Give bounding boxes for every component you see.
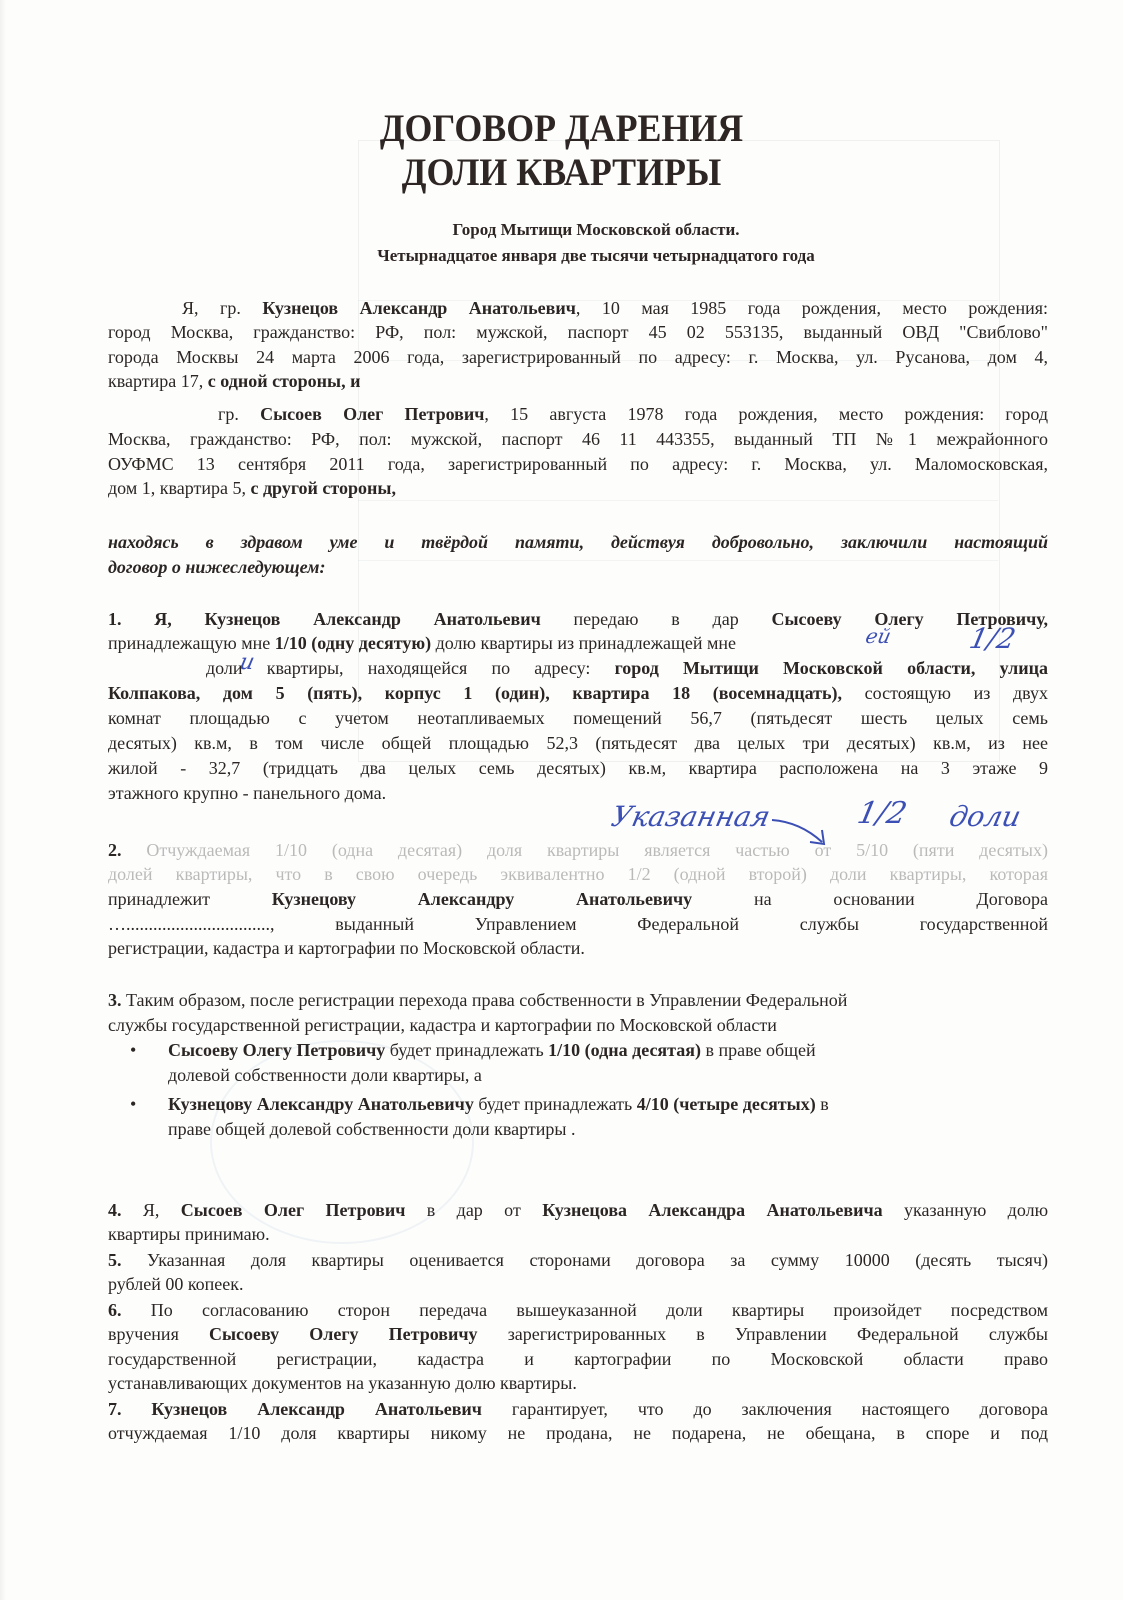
handwritten-note-tail: доли bbox=[946, 800, 1023, 833]
item3-bullet1-cont: долевой собственности доли квартиры, а bbox=[168, 1063, 998, 1087]
party1-line1: Я, гр. Кузнецов Александр Анатольевич, 1… bbox=[182, 296, 1048, 320]
scan-edge-shadow bbox=[0, 0, 6, 1600]
item1-line7: жилой - 32,7 (тридцать два целых семь де… bbox=[108, 756, 1048, 780]
item4-line1: 4. Я, Сысоев Олег Петрович в дар от Кузн… bbox=[108, 1198, 1048, 1222]
party2-line1: гр. Сысоев Олег Петрович, 15 августа 197… bbox=[218, 402, 1048, 426]
party2-line2: Москва, гражданство: РФ, пол: мужской, п… bbox=[108, 427, 1048, 451]
bullet-icon: • bbox=[130, 1038, 136, 1062]
document-date: Четырнадцатое января две тысячи четырнад… bbox=[0, 246, 1123, 266]
item1-line1: 1. Я, Кузнецов Александр Анатольевич пер… bbox=[108, 607, 1048, 631]
item5-line2: рублей 00 копеек. bbox=[108, 1272, 1048, 1296]
item3-line1: 3. Таким образом, после регистрации пере… bbox=[108, 988, 1028, 1012]
party1-line4: квартира 17, с одной стороны, и bbox=[108, 369, 1048, 393]
document-page: ДОГОВОР ДАРЕНИЯ ДОЛИ КВАРТИРЫ Город Мыти… bbox=[0, 0, 1123, 1600]
preamble-line1: находясь в здравом уме и твёрдой памяти,… bbox=[108, 530, 1048, 554]
item2-line2: долей квартиры, что в свою очередь эквив… bbox=[108, 862, 1048, 886]
bleed-through-line bbox=[358, 500, 998, 501]
bullet-icon: • bbox=[130, 1092, 136, 1116]
handwritten-note-word: Указанная bbox=[608, 800, 773, 833]
item4-line2: квартиры принимаю. bbox=[108, 1222, 1048, 1246]
document-place: Город Мытищи Московской области. bbox=[0, 220, 1123, 240]
item2-line1: 2. Отчуждаемая 1/10 (одна десятая) доля … bbox=[108, 838, 1048, 862]
item1-line3: доли квартиры, находящейся по адресу: го… bbox=[206, 656, 1048, 680]
item7-line1: 7. Кузнецов Александр Анатольевич гарант… bbox=[108, 1397, 1048, 1421]
item2-line5: регистрации, кадастра и картографии по М… bbox=[108, 936, 1048, 960]
handwritten-fraction: 1/2 bbox=[966, 622, 1018, 655]
item6-line3: государственной регистрации, кадастра и … bbox=[108, 1347, 1048, 1371]
party1-line2: город Москва, гражданство: РФ, пол: мужс… bbox=[108, 320, 1048, 344]
item3-bullet2-cont: праве общей долевой собственности доли к… bbox=[168, 1117, 998, 1141]
item2-line3: принадлежит Кузнецову Александру Анатоль… bbox=[108, 887, 1048, 911]
item6-line1: 6. По согласованию сторон передача вышеу… bbox=[108, 1298, 1048, 1322]
item3-bullet1: Сысоеву Олегу Петровичу будет принадлежа… bbox=[168, 1038, 998, 1062]
document-title-line1: ДОГОВОР ДАРЕНИЯ bbox=[45, 106, 1078, 151]
item7-line2: отчуждаемая 1/10 доля квартиры никому не… bbox=[108, 1421, 1048, 1445]
party2-line4: дом 1, квартира 5, с другой стороны, bbox=[108, 476, 1048, 500]
document-title-line2: ДОЛИ КВАРТИРЫ bbox=[45, 150, 1078, 195]
party1-line3: города Москвы 24 марта 2006 года, зареги… bbox=[108, 345, 1048, 369]
item2-line4: …................................, выдан… bbox=[108, 912, 1048, 936]
item6-line4: устанавливающих документов на указанную … bbox=[108, 1371, 1048, 1395]
handwritten-ending: ей bbox=[863, 624, 893, 648]
item6-line2: вручения Сысоеву Олегу Петровичу зарегис… bbox=[108, 1322, 1048, 1346]
item3-line2: службы государственной регистрации, када… bbox=[108, 1013, 1048, 1037]
preamble-line2: договор о нижеследующем: bbox=[108, 555, 1048, 579]
item5-line1: 5. Указанная доля квартиры оценивается с… bbox=[108, 1248, 1048, 1272]
item1-line4: Колпакова, дом 5 (пять), корпус 1 (один)… bbox=[108, 681, 1048, 705]
item3-bullet2: Кузнецову Александру Анатольевичу будет … bbox=[168, 1092, 998, 1116]
party2-line3: ОУФМС 13 сентября 2011 года, зарегистрир… bbox=[108, 452, 1048, 476]
item1-line5: комнат площадью с учетом неотапливаемых … bbox=[108, 706, 1048, 730]
item1-line6: десятых) кв.м, в том числе общей площадь… bbox=[108, 731, 1048, 755]
handwritten-note-fraction: 1/2 bbox=[854, 796, 910, 831]
